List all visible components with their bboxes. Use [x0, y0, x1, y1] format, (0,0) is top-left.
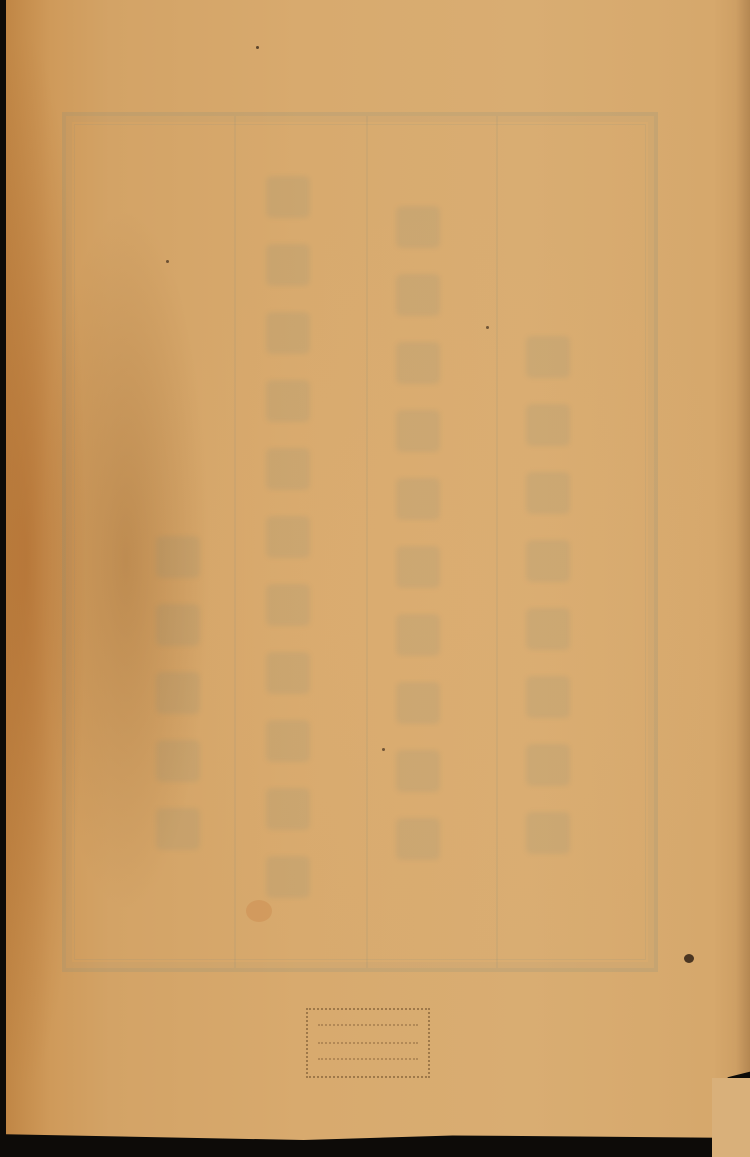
column-rule: [496, 116, 498, 968]
ghost-character: [266, 856, 310, 898]
ghost-character: [396, 682, 440, 724]
ghost-character: [266, 788, 310, 830]
ghost-character: [526, 744, 570, 786]
stamp-line: [318, 1042, 418, 1046]
bleed-through-text-frame: [62, 112, 658, 972]
paper-page: [6, 0, 750, 1140]
ghost-character: [266, 176, 310, 218]
scan-background: [0, 0, 750, 1157]
stamp-line: [318, 1024, 418, 1028]
ghost-character: [266, 516, 310, 558]
ghost-character: [266, 448, 310, 490]
speck: [382, 748, 385, 751]
ghost-character: [156, 740, 200, 782]
ghost-character: [396, 818, 440, 860]
ghost-character: [396, 750, 440, 792]
ghost-text-column: [526, 336, 578, 854]
ghost-character: [156, 536, 200, 578]
ghost-character: [526, 812, 570, 854]
speck: [256, 46, 259, 49]
ghost-character: [156, 808, 200, 850]
ghost-character: [156, 604, 200, 646]
ghost-character: [526, 404, 570, 446]
ghost-character: [266, 312, 310, 354]
ghost-character: [266, 244, 310, 286]
speck: [486, 326, 489, 329]
ghost-character: [156, 672, 200, 714]
ghost-character: [266, 720, 310, 762]
speck: [166, 260, 169, 263]
ghost-character: [396, 478, 440, 520]
ghost-character: [526, 540, 570, 582]
ghost-character: [266, 584, 310, 626]
ghost-character: [526, 676, 570, 718]
ghost-character: [526, 608, 570, 650]
ghost-text-column: [266, 176, 318, 898]
ghost-character: [526, 336, 570, 378]
ghost-character: [266, 380, 310, 422]
ghost-character: [396, 342, 440, 384]
ghost-character: [396, 206, 440, 248]
ghost-character: [266, 652, 310, 694]
ghost-character: [396, 546, 440, 588]
ghost-character: [396, 410, 440, 452]
ink-spot: [684, 954, 694, 963]
column-rule: [234, 116, 236, 968]
page-edge: [736, 0, 750, 1140]
torn-corner: [712, 1078, 750, 1157]
library-stamp-outline: [306, 1008, 430, 1078]
stamp-line: [318, 1058, 418, 1062]
ghost-text-column: [156, 536, 208, 850]
ghost-character: [526, 472, 570, 514]
ghost-character: [396, 614, 440, 656]
column-rule: [366, 116, 368, 968]
ghost-character: [396, 274, 440, 316]
ghost-text-column: [396, 206, 448, 860]
stain-spot: [246, 900, 272, 922]
